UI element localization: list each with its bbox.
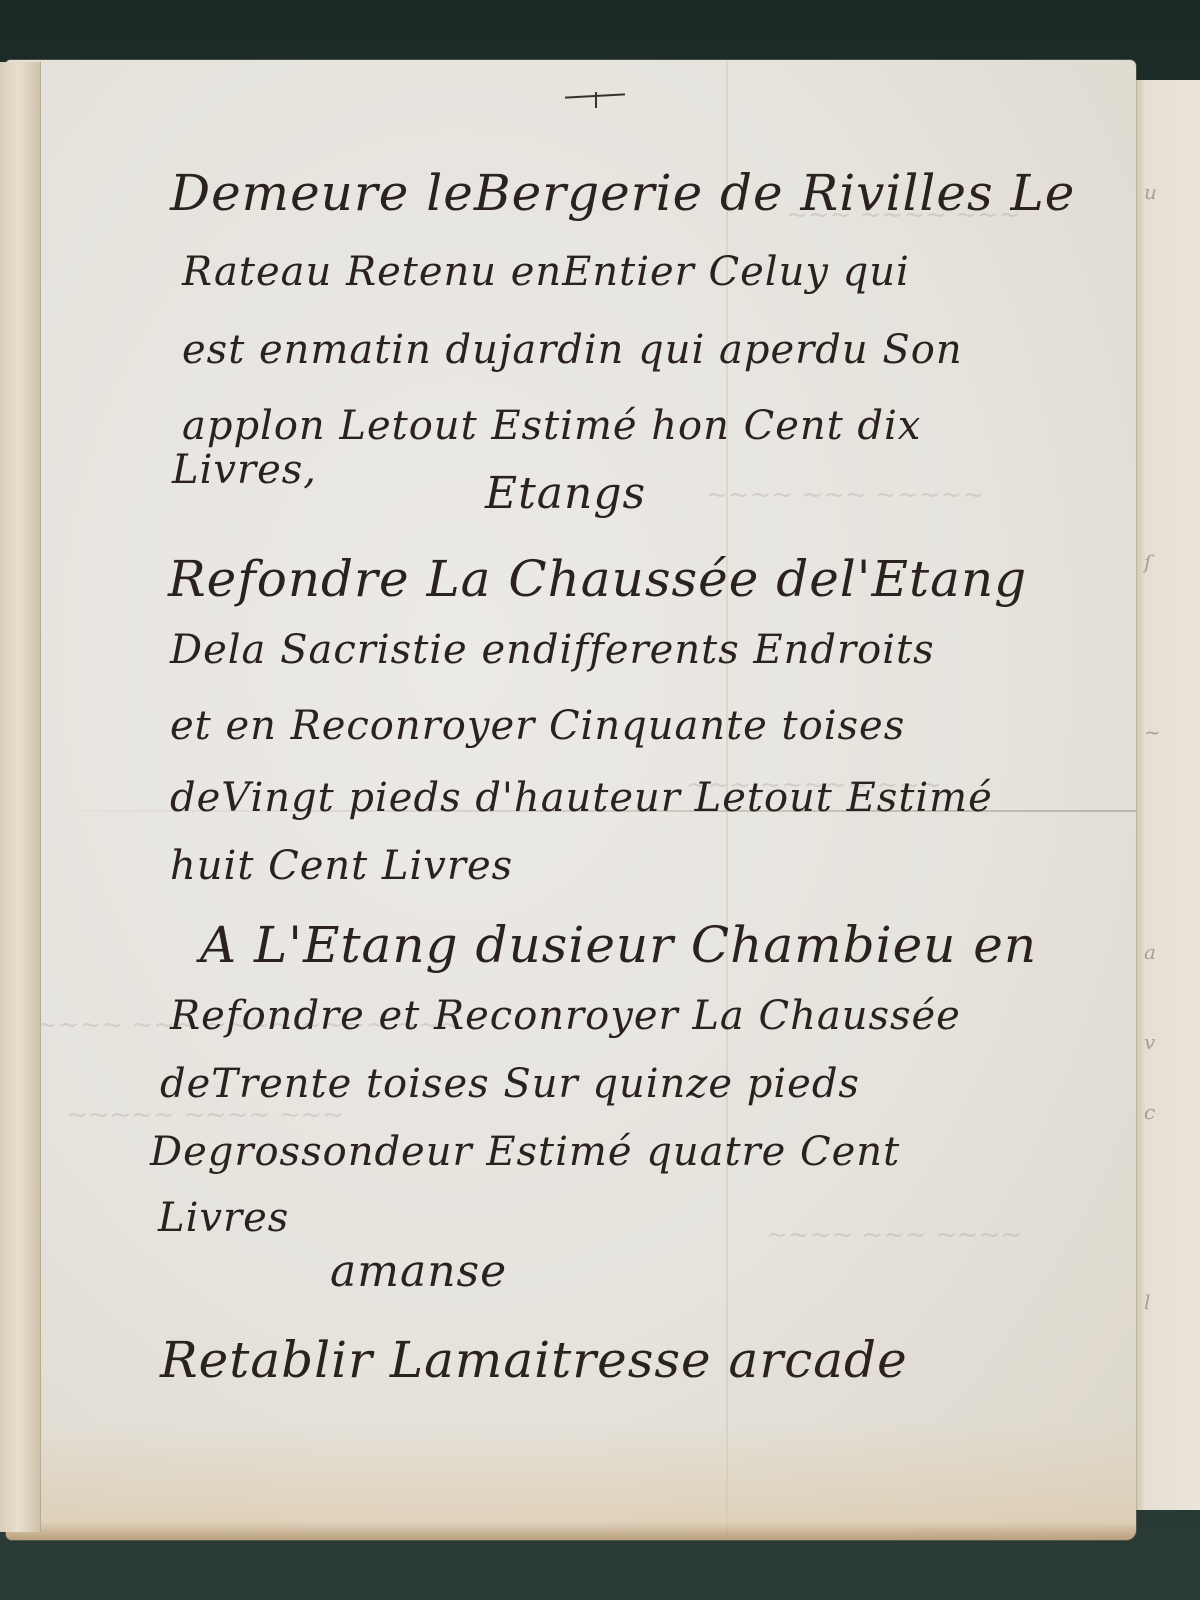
manuscript-line: deTrente toises Sur quinze pieds xyxy=(160,1064,860,1104)
binding-strip xyxy=(0,62,41,1532)
manuscript-line: Rateau Retenu enEntier Celuy qui xyxy=(182,252,910,292)
adjacent-page-fragment: ~ xyxy=(1144,720,1161,744)
manuscript-line: Livres xyxy=(158,1198,289,1238)
photo-scene: u ſ ~ a v c l ~~~ ~~~~ ~~~ ~~~~ ~~~ ~~~~… xyxy=(0,0,1200,1600)
manuscript-line: Livres, xyxy=(172,450,317,490)
section-heading: amanse xyxy=(330,1250,507,1294)
adjacent-page-fragment: v xyxy=(1144,1030,1155,1054)
adjacent-page: u ſ ~ a v c l xyxy=(1134,80,1200,1510)
manuscript-line: Degrossondeur Estimé quatre Cent xyxy=(150,1132,900,1172)
manuscript-line: et en Reconroyer Cinquante toises xyxy=(170,706,905,746)
adjacent-page-fragment: a xyxy=(1144,940,1156,964)
adjacent-page-fragment: u xyxy=(1144,180,1157,204)
section-heading: Etangs xyxy=(485,472,646,516)
manuscript-line: deVingt pieds d'hauteur Letout Estimé xyxy=(170,778,993,818)
manuscript-line: applon Letout Estimé hon Cent dix xyxy=(182,406,921,446)
folio-mark-tick xyxy=(595,92,597,108)
bleed-through: ~~~~ ~~~ ~~~~ xyxy=(766,1220,1022,1250)
manuscript-line: Demeure leBergerie de Rivilles Le xyxy=(170,168,1075,218)
bleed-through: ~~~~ ~~~ ~~~~~ xyxy=(706,480,984,510)
adjacent-page-fragment: c xyxy=(1144,1100,1155,1124)
manuscript-line: Refondre La Chaussée del'Etang xyxy=(168,554,1027,604)
manuscript-line: Retablir Lamaitresse arcade xyxy=(160,1335,908,1385)
manuscript-line: huit Cent Livres xyxy=(170,846,513,886)
manuscript-line: est enmatin dujardin qui aperdu Son xyxy=(182,330,963,370)
manuscript-line: Refondre et Reconroyer La Chaussée xyxy=(170,996,961,1036)
adjacent-page-fragment: l xyxy=(1144,1290,1150,1314)
manuscript-line: A L'Etang dusieur Chambieu en xyxy=(200,920,1037,970)
adjacent-page-fragment: ſ xyxy=(1144,550,1151,574)
manuscript-line: Dela Sacristie endifferents Endroits xyxy=(170,630,935,670)
